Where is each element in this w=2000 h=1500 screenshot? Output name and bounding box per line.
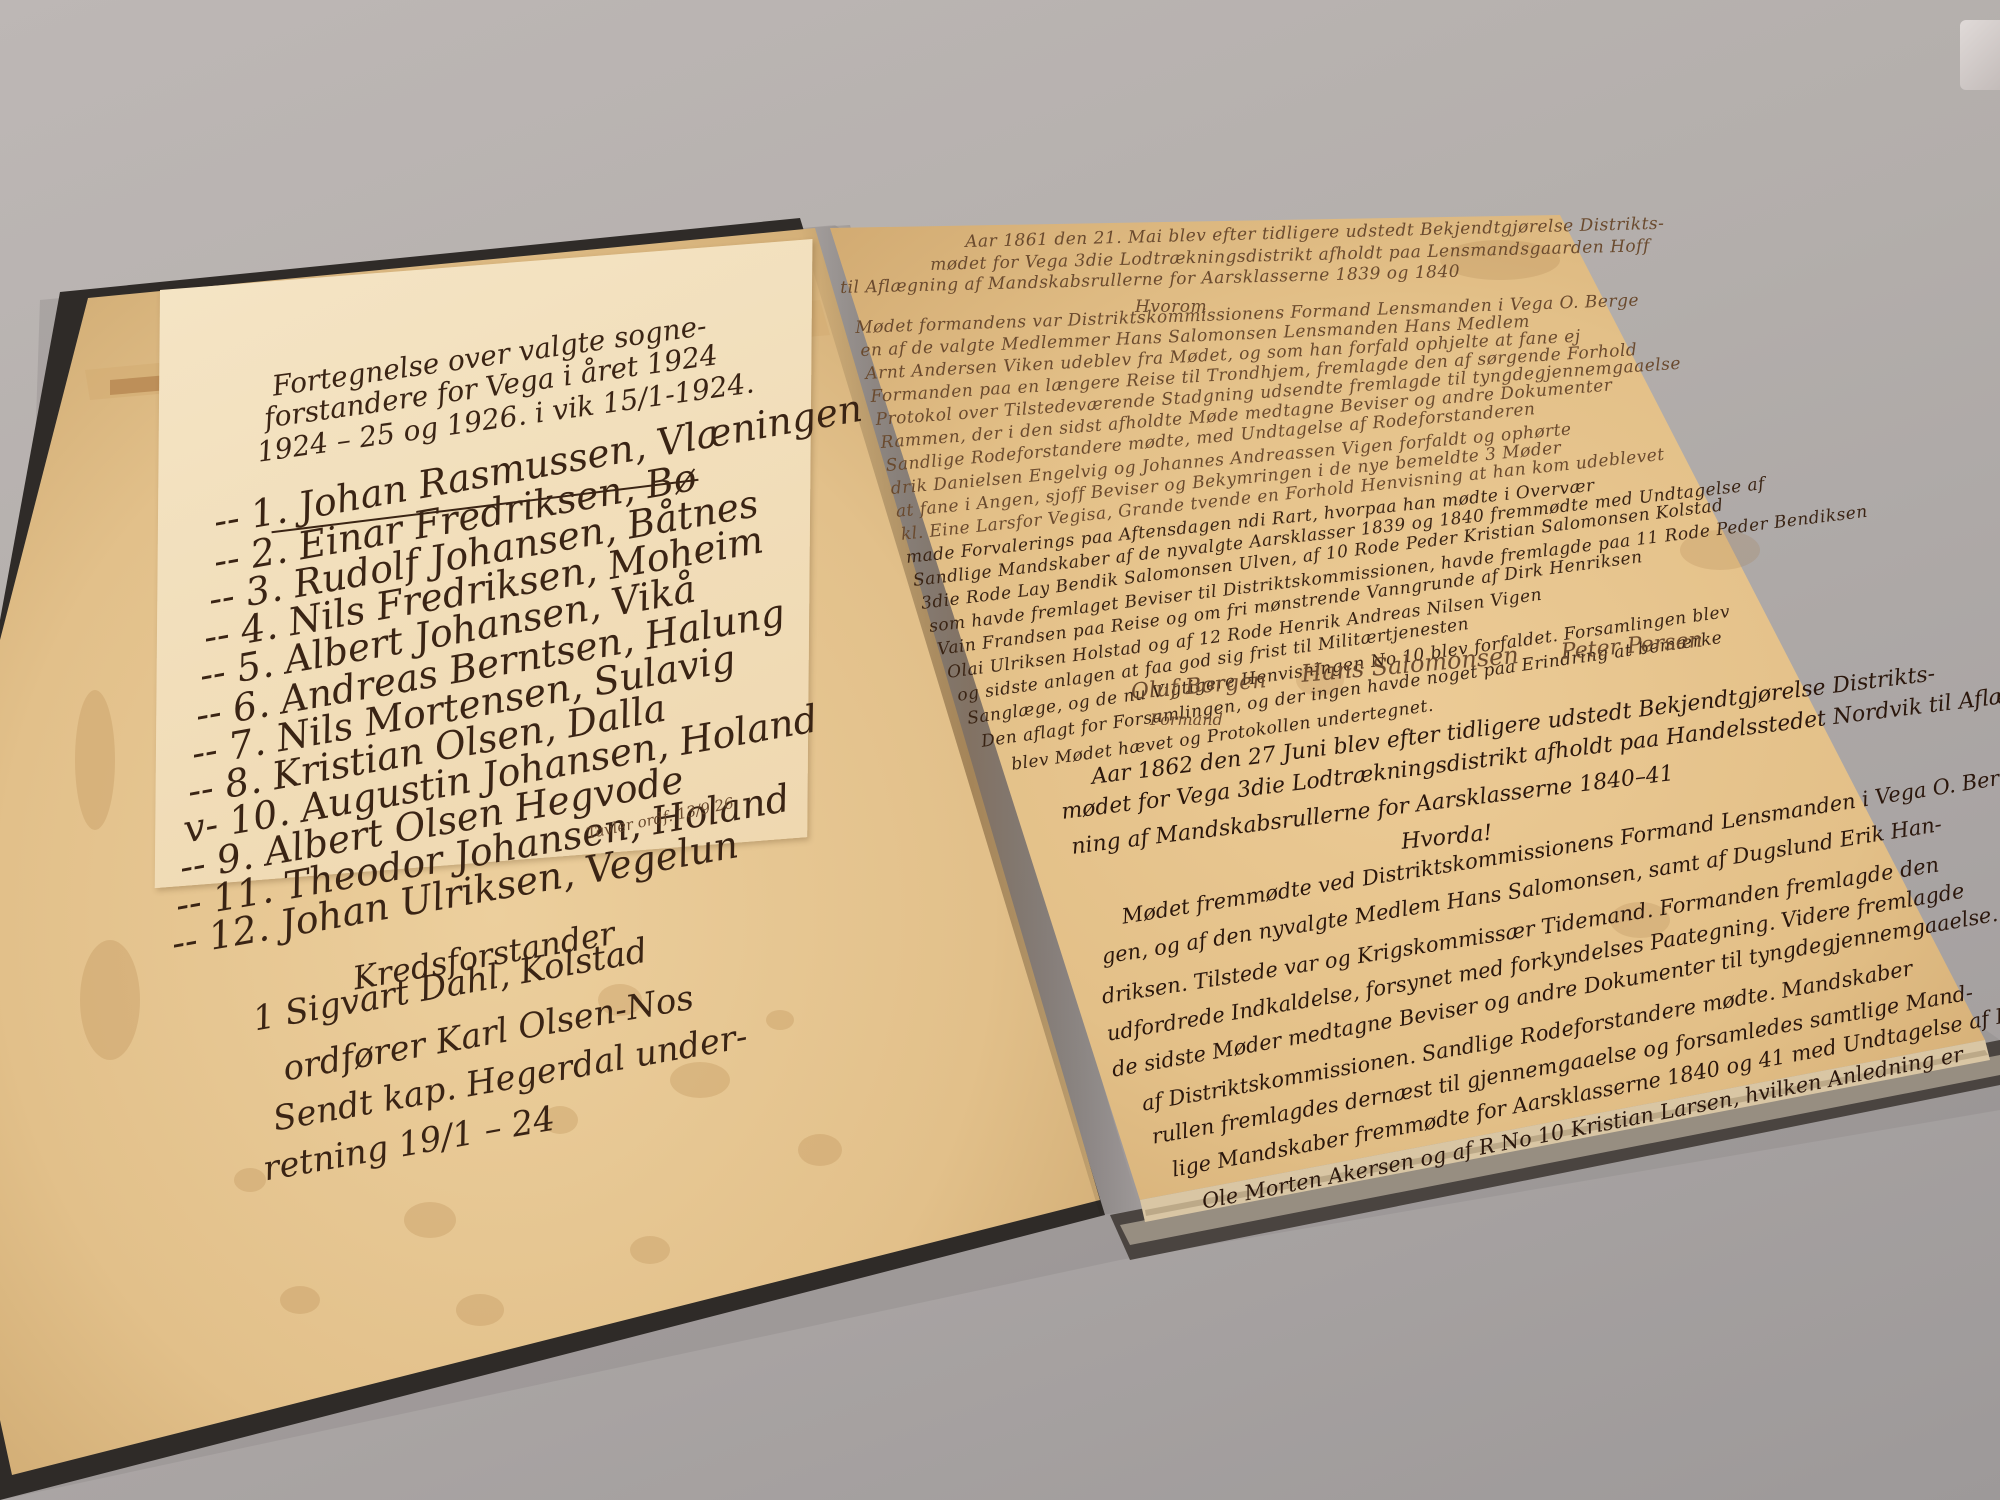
signature-formand-title: Formand xyxy=(1150,710,1223,729)
corner-object xyxy=(1960,20,2000,90)
photo-scene: Fortegnelse over valgte sogne- forstande… xyxy=(0,0,2000,1500)
